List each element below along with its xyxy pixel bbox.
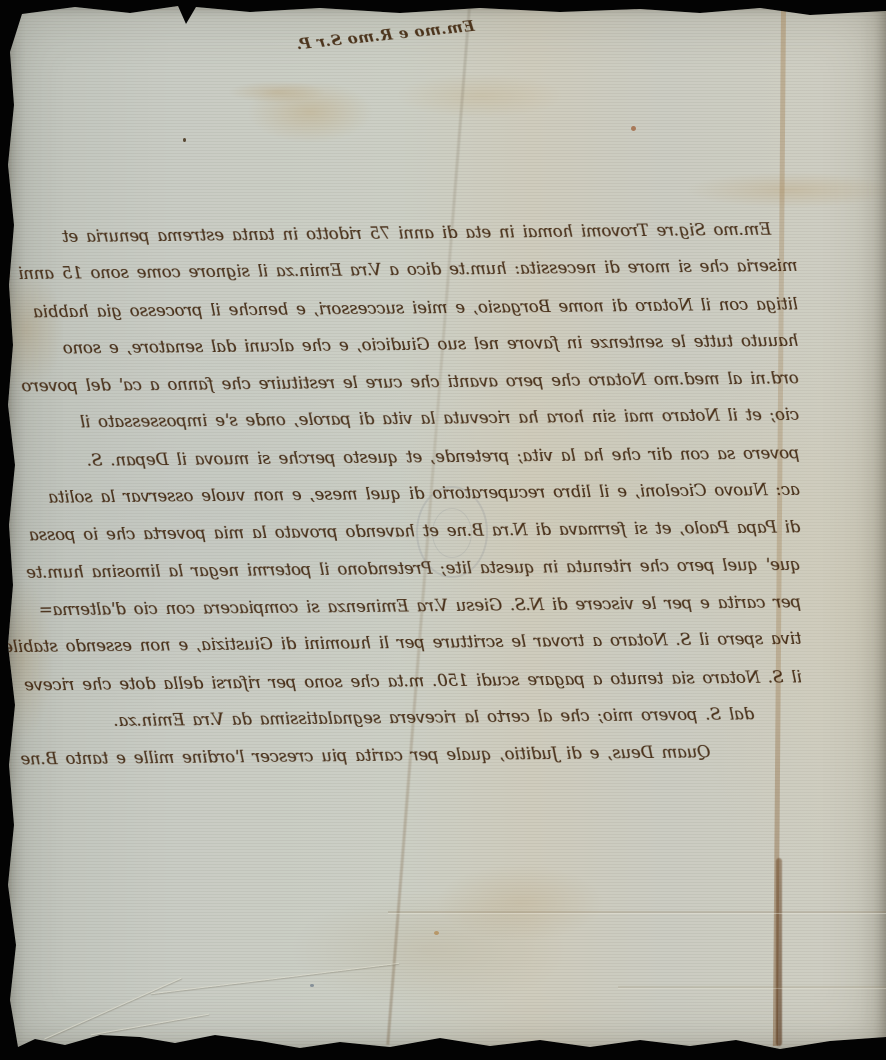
salutation-text: Em.mo e R.mo S.r P. (334, 17, 475, 50)
ink-speck (434, 931, 439, 935)
paper-wrinkle (91, 1014, 209, 1036)
letter-body: Em.mo Sig.re Trovomi homai in eta di ann… (11, 210, 803, 778)
paper-tear-notch (182, 10, 190, 17)
fold-crease-horizontal (388, 911, 886, 913)
ink-speck (631, 126, 636, 131)
fold-crease-horizontal-lower (618, 986, 886, 988)
scan-background: Em.mo e R.mo S.r P. Em.mo Sig.re Trovomi… (0, 0, 886, 1060)
paper-wrinkle (151, 963, 399, 994)
ink-speck (310, 984, 314, 987)
letter-salutation: Em.mo e R.mo S.r P. (334, 17, 477, 71)
letter-body-text: Em.mo Sig.re Trovomi homai in eta di ann… (11, 210, 803, 778)
manuscript-line: Quam Deus, e di Juditio, quale per carit… (17, 733, 803, 779)
fold-crease-right-stain (776, 858, 782, 1046)
letter-paper: Em.mo e R.mo S.r P. Em.mo Sig.re Trovomi… (0, 0, 886, 1060)
ink-speck (183, 138, 186, 142)
